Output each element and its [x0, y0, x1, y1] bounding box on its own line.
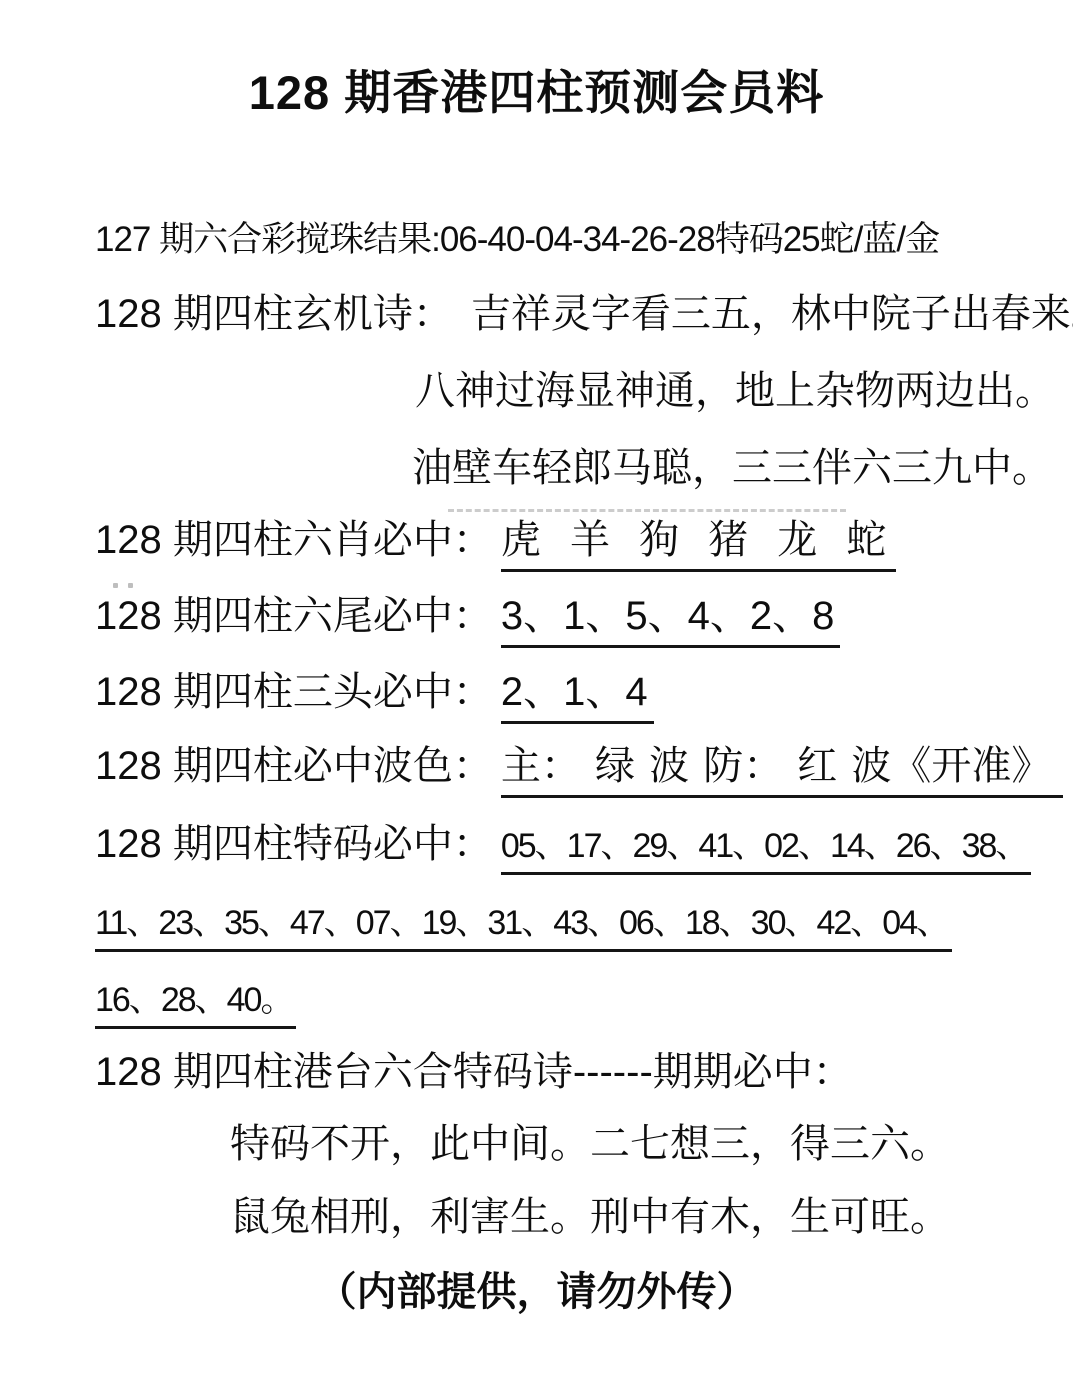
page-title: 128 期香港四柱预测会员料	[0, 56, 1073, 123]
special-code-poem-line-1: 特码不开，此中间。二七想三，得三六。	[230, 1122, 950, 1166]
special-code-poem-heading: 128 期四柱港台六合特码诗------期期必中：	[95, 1050, 853, 1094]
wave-color-prediction-line: 128 期四柱必中波色：主： 绿 波 防： 红 波《开准》	[95, 744, 1063, 788]
special-code-numbers-2: 11、23、35、47、07、19、31、43、06、18、30、42、04、	[95, 904, 952, 952]
xuanji-poem-line-1: 128 期四柱玄机诗：吉祥灵字看三五，林中院子出春来。	[95, 292, 1073, 336]
six-zodiac-label: 128 期四柱六肖必中：	[95, 518, 493, 562]
special-code-prediction-line-1: 128 期四柱特码必中：05、17、29、41、02、14、26、38、	[95, 822, 1031, 866]
six-tail-label: 128 期四柱六尾必中：	[95, 594, 493, 638]
six-tail-prediction-line: 128 期四柱六尾必中：3、1、5、4、2、8	[95, 594, 840, 638]
xuanji-poem-line-2: 八神过海显神通，地上杂物两边出。	[415, 369, 1055, 413]
previous-draw-result-line: 127 期六合彩搅珠结果:06-40-04-34-26-28特码25蛇/蓝/金	[95, 221, 939, 260]
wave-color-label: 128 期四柱必中波色：	[95, 744, 493, 788]
xuanji-label: 128 期四柱玄机诗：	[95, 292, 453, 336]
six-zodiac-value: 虎 羊 狗 猪 龙 蛇	[501, 518, 897, 572]
special-code-poem-line-2: 鼠兔相刑，利害生。刑中有木，生可旺。	[230, 1195, 950, 1239]
special-code-numbers-1: 05、17、29、41、02、14、26、38、	[501, 827, 1032, 875]
six-zodiac-prediction-line: 128 期四柱六肖必中：虎 羊 狗 猪 龙 蛇	[95, 518, 896, 562]
scan-artifact-dots	[113, 583, 118, 588]
three-head-value: 2、1、4	[501, 670, 654, 724]
three-head-label: 128 期四柱三头必中：	[95, 670, 493, 714]
special-code-prediction-line-2: 11、23、35、47、07、19、31、43、06、18、30、42、04、	[95, 899, 952, 943]
scan-artifact-dashes	[448, 509, 846, 512]
special-code-prediction-line-3: 16、28、40。	[95, 976, 296, 1020]
wave-color-value: 主： 绿 波 防： 红 波《开准》	[501, 744, 1064, 798]
xuanji-poem-line-3: 油壁车轻郎马聪，三三伴六三九中。	[412, 446, 1052, 490]
three-head-prediction-line: 128 期四柱三头必中：2、1、4	[95, 670, 654, 714]
special-code-label: 128 期四柱特码必中：	[95, 822, 493, 866]
lottery-prediction-sheet: 128 期香港四柱预测会员料 127 期六合彩搅珠结果:06-40-04-34-…	[0, 0, 1073, 1388]
internal-notice-footer: （内部提供，请勿外传）	[0, 1270, 1073, 1314]
six-tail-value: 3、1、5、4、2、8	[501, 594, 840, 648]
special-code-numbers-3: 16、28、40。	[95, 981, 296, 1029]
xuanji-poem-text-1: 吉祥灵字看三五，林中院子出春来。	[471, 292, 1073, 336]
